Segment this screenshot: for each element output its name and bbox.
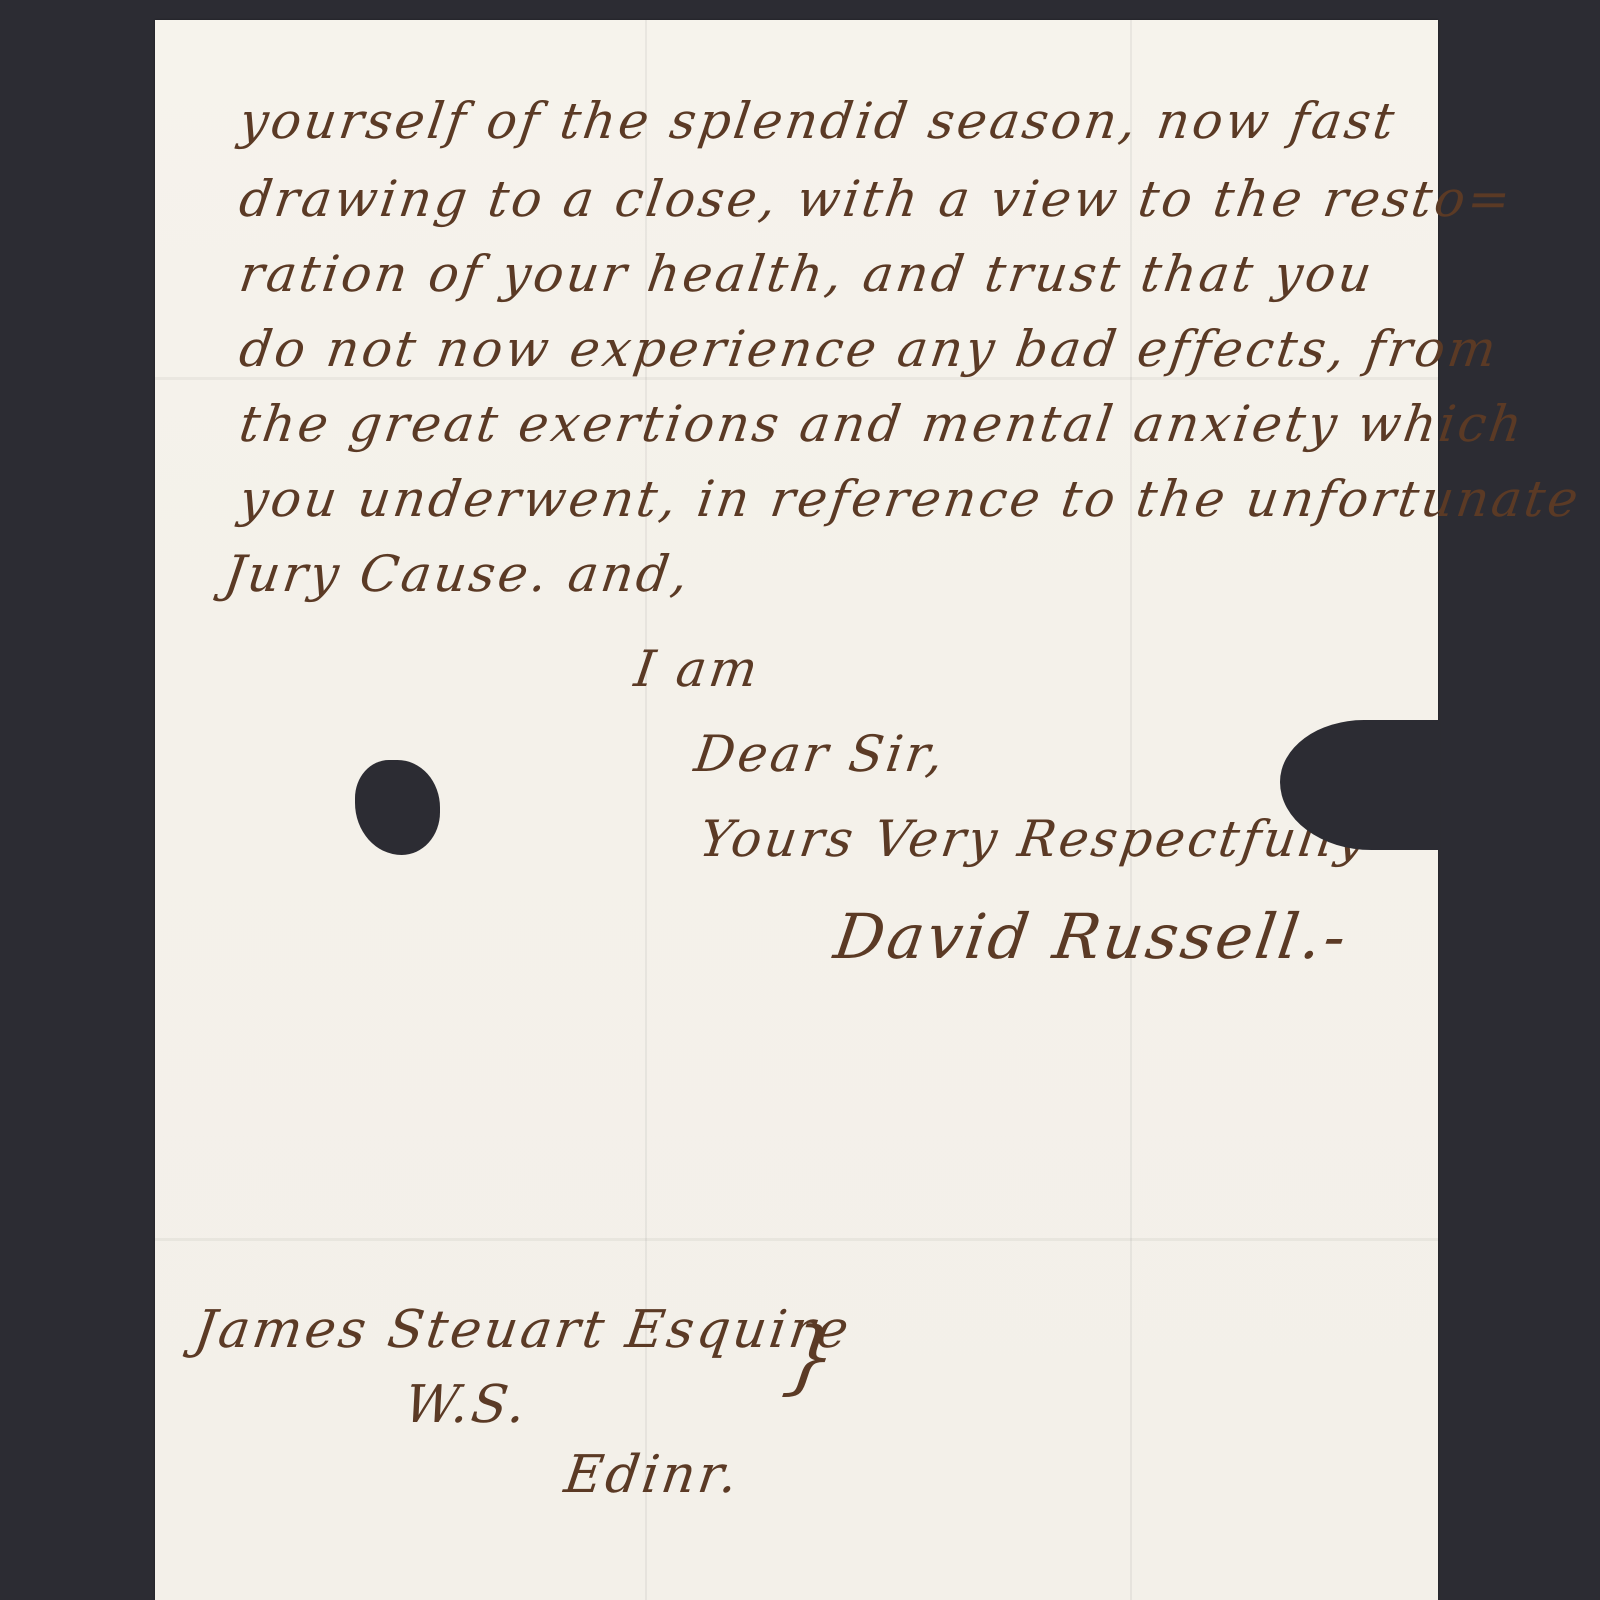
address-name: James Steuart Esquire — [191, 1300, 855, 1360]
body-line: you underwent, in reference to the unfor… — [236, 470, 1585, 528]
body-line: do not now experience any bad effects, f… — [236, 320, 1503, 378]
signature: David Russell.- — [830, 900, 1353, 973]
body-line: drawing to a close, with a view to the r… — [236, 170, 1517, 228]
address-city: Edinr. — [561, 1445, 744, 1505]
body-line: ration of your health, and trust that yo… — [236, 245, 1378, 303]
body-line: yourself of the splendid season, now fas… — [236, 92, 1401, 150]
closing-i-am: I am — [631, 640, 764, 698]
body-line: the great exertions and mental anxiety w… — [236, 395, 1529, 453]
letter-page: yourself of the splendid season, now fas… — [155, 20, 1438, 1600]
closing-dear-sir: Dear Sir, — [691, 725, 950, 783]
closing-yours-respectfully: Yours Very Respectfully — [696, 810, 1372, 868]
address-bracket: } — [778, 1310, 845, 1403]
fold-line-horizontal — [155, 1238, 1438, 1241]
body-line: Jury Cause. and, — [221, 545, 695, 603]
address-title: W.S. — [401, 1375, 533, 1435]
